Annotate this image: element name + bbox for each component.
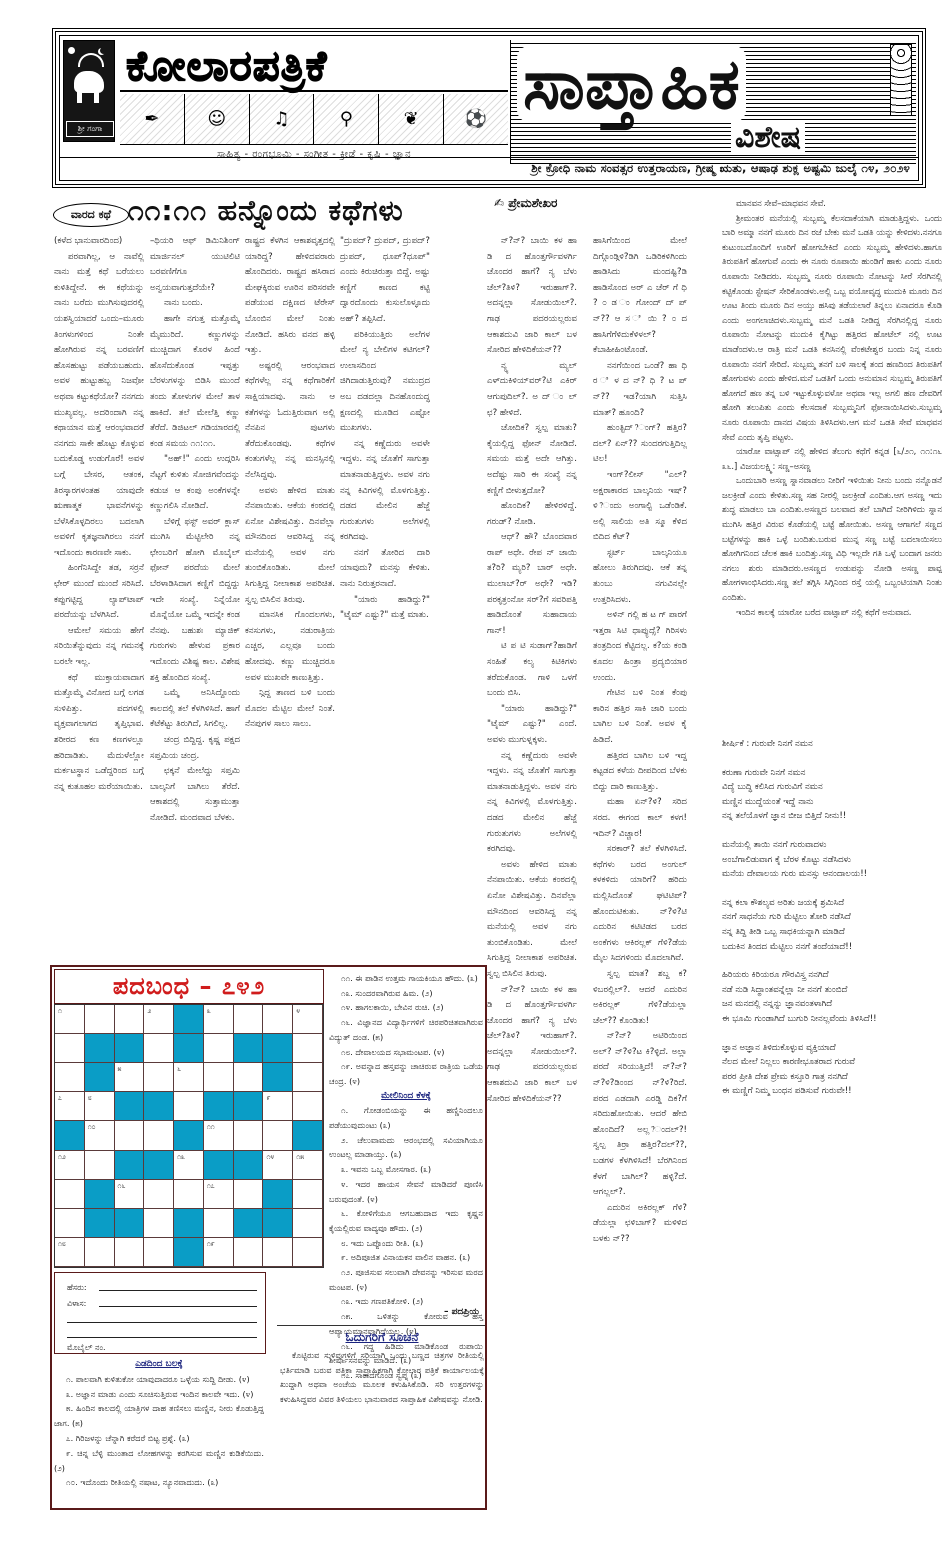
crossword-cell[interactable] — [174, 1092, 204, 1121]
poem-line: ಜ್ಞಾನ ಅಜ್ಞಾನ ತಿಳಿದುಕೊಳ್ಳುವ ವ್ಯಕ್ತಿಯಾದೆ — [722, 1041, 942, 1056]
poem-line: ನನ್ನ ತಲೆಯೊಳಗೆ ಜ್ಞಾನ ಬೀಜ ಬಿತ್ತಿದೆ ನೀನು!! — [722, 809, 942, 824]
crossword-block-cell — [174, 1034, 204, 1063]
clue: ೧೪. ಹಾಗಲಕಾಯಿ, ಬೇವಿನ ರುಚಿ. (೨) — [329, 1000, 483, 1015]
paragraph: ಮಾನವನ ಸೇವೆ–ಮಾಧವನ ಸೇವೆ. — [722, 196, 942, 211]
poem-line: ವಿದ್ಯೆ ಬುದ್ಧಿ ಕಲಿಸಿದ ಗುರುವಿಗೆ ನಮನ — [722, 780, 942, 795]
paragraph: ನ್?ನ್? ಬಾಯಿ ಕಳ ಹಾ ಡಿ ದ ಹೊಂತ್ತರ್ಗೌವಳರ್ಗಿ … — [487, 234, 577, 359]
crossword-block-cell — [174, 1005, 204, 1034]
crossword-cell[interactable] — [293, 1238, 323, 1267]
paragraph: ಬೆಳಿಗ್ಗೆ ಫಸ್ಟ್ ಅವರ್ ಕ್ಲಾಸ್ ಮುಗಿಸಿ ಮೆಟ್ಟಿ… — [150, 515, 240, 687]
poem-stanza: ನನ್ನ ಕಲಾ ಕೌಶಲ್ಯವ ಅರಿತು ಜಯಕ್ಕೆ ಶ್ರಮಿಸಿದೆ … — [722, 896, 942, 954]
crossword-cell[interactable] — [234, 1180, 264, 1209]
drama-masks-icon: ☺ — [185, 94, 250, 144]
poem-line: ನಡೆ ನುಡಿ ಸಿದ್ಧಾಂತವನ್ನೆಲ್ಲಾ ನೀ ನನಗೆ ತುಂಬಿ… — [722, 983, 942, 998]
poem-line: ಮಣ್ಣಿನ ಮುದ್ದೆಯಂತೆ ಇದ್ದೆ ನಾನು — [722, 795, 942, 810]
paragraph: ಪರವಾಗಿಲ್ಲ, ಆ ನಾವೆಲ್ಲಿ ನಾನು ಮತ್ತೆ ಕಥೆ ಬರೆ… — [54, 250, 144, 562]
clues-continued: ೧೧. ಈ ಪಾಡಿನ ಉತ್ತಮ ಗಾಯಕಿಯೂ ಹೌದು. (೩) ೧೩. … — [329, 971, 483, 1383]
crossword-cell[interactable] — [263, 1121, 293, 1150]
clue-number: ೯ — [266, 1094, 270, 1103]
paragraph: –ಥಿಯರಿ ಆಫ್ ಡಿಮಿನಿಶಿಂಗ್ ಮಾರ್ಜಿನಲ್ ಯುಟಿಲಿಟ… — [150, 234, 240, 296]
clue: ೧೨. ಪೂಜಿಸುವ ಸಲುವಾಗಿ ದೇವನನ್ನು ಇರಿಸುವ ಮರದ … — [329, 1265, 483, 1294]
crossword-block-cell — [263, 1063, 293, 1092]
address-label: ವಿಳಾಸ: — [67, 1299, 86, 1309]
crossword-block-cell — [293, 1121, 323, 1150]
across-clues: ಎಡದಿಂದ ಬಲಕ್ಕೆ ೧. ಪಾಲವಾಗಿ ಕುಳಿತುಕೋ ಯಾವುದಾ… — [54, 1357, 264, 1490]
mobile-field[interactable]: ಮೊಬೈಲ್ ನಂ. — [67, 1339, 257, 1353]
address-input-line[interactable] — [99, 1306, 257, 1307]
crossword-title: ಪದಬಂಧ – ೭೪೨ — [54, 969, 324, 1004]
elephant-logo-icon: ಶ್ರೀ ಗಂಗಾ — [63, 40, 115, 142]
paragraph: ಹುಂತ್ಟಿದ್?ಂಗ್? ಹತ್ತಿರ?ದಲ್? ಏನ್?? ಸುಂದರಗು… — [593, 421, 687, 468]
address-input-line[interactable] — [67, 1322, 257, 1323]
crossword-cell[interactable]: ೧೦ — [85, 1121, 115, 1150]
paragraph: ಹತ್ತಿರದ ಬಾಗಿಲ ಬಳಿ ಇದ್ದ ಕಟ್ಟಡದ ಕಳೆಯ ದೀಪದಿ… — [593, 749, 687, 796]
crossword-cell[interactable] — [85, 1005, 115, 1034]
paragraph: ಪರಿಕಿಯುತ್ತಿರು ಅಲೆಗಳ ಮೇಲೆ ನ್ಯ ಬೇಲಿಗಳ ಕಟಿಗ… — [340, 328, 430, 437]
clue: ೧೬. ವಿಜ್ಞಾನದ ವಿದ್ಯಾರ್ಥಿಗಳಿಗೆ ಚಿರಪರಿಚಿತವಾ… — [329, 1015, 483, 1044]
clue-number: ೧೯ — [207, 1240, 215, 1249]
name-field[interactable]: ಹೆಸರು: — [67, 1279, 257, 1293]
crossword-cell[interactable] — [204, 1063, 234, 1092]
masthead-title-secondary-panel: ಸಾಪ್ತಾಹಿಕ ವಿಶೇಷ — [510, 40, 916, 164]
crossword-cell[interactable]: ೧೭ — [204, 1180, 234, 1209]
crossword-cell[interactable]: ೧೨ — [55, 1151, 85, 1180]
paragraph: "ಅಹ್!" ಎಂದು ಉದ್ಗರಿಸಿ ನೆಟ್ಟಗೆ ಕುಳಿತು ಸೋಜಿ… — [150, 452, 240, 514]
divider — [277, 1325, 485, 1326]
crossword-block-cell — [234, 1092, 264, 1121]
section-tag: ವಾರದ ಕಥೆ — [53, 203, 129, 227]
crossword-block-cell — [85, 1180, 115, 1209]
scroll-ornament-icon — [890, 44, 912, 116]
poem-title: ಶೀರ್ಷಿಕೆ : ಗುರುವೇ ನಿನಗೆ ನಮನ — [722, 737, 942, 752]
paragraph: ಸರಕಾರ್? ತಲೆ ಕೆಳಗಿಳಿಸಿದೆ. ಕಥೆಗಳು ಬರದ ಅಂಗು… — [593, 842, 687, 967]
clue-number: ೧೭ — [207, 1182, 215, 1191]
clue: ೧. ಪಾಲವಾಗಿ ಕುಳಿತುಕೋ ಯಾವುದಾದರೂ ಒಳ್ಳೆಯ ಸುದ… — [54, 1372, 264, 1387]
crossword-block-cell — [234, 1034, 264, 1063]
crossword-cell[interactable] — [174, 1180, 204, 1209]
clue: ೧೮. ದೇವಾಲಯದ ಸಭಾಮಂಟಪ. (೪) — [329, 1045, 483, 1060]
crossword-block-cell — [234, 1151, 264, 1180]
paragraph: ಆಮೇಲೆ ಸಮಯ ಹೇಗೆ ಸರಿಯಿತೆನ್ನುವುದು ನನ್ನ ಗಮನಕ… — [54, 624, 144, 671]
clue: ೧೯. ಅವನ್ನಾದ ಹಸ್ತವನ್ನು ಚಾಚಿರುವ ರಾತ್ರಿಯ ಒಡ… — [329, 1059, 483, 1088]
paragraph: ಒಮ್ಮೆ ಅನಿಸಿದ್ದೊಂದು ಕಾಲದಲ್ಲಿ ತಲೆ ಕೆಳಗಿಳಿಸ… — [150, 686, 240, 733]
crossword-cell[interactable]: ೧೪ — [263, 1151, 293, 1180]
crossword-block-cell — [144, 1092, 174, 1121]
paragraph: ನ್ಗಿದ್ದ ತಾಣದ ಬಳಿ ಬಂದು ಮೊದಲ ಮೆಟ್ಟಿಲ ಮೇಲೆ … — [245, 686, 335, 733]
crossword-cell[interactable] — [144, 1209, 174, 1238]
clue: ೬. ಕೋಳಿಗೆಯೂ ಆಗಬಹುದಾದ ಇದು ಕೃಷ್ಣನ ಕೈಯಲ್ಲಿರ… — [329, 1206, 483, 1235]
crossword-block-cell — [115, 1151, 145, 1180]
clue-number: ೧ — [58, 1007, 62, 1016]
clue: ೪. ಇದರ ಹಾಯಸ ಸೇವನೆ ಮಾಡಿದರೆ ಪೂಣಿಸಿ ಬರುವುದಂ… — [329, 1177, 483, 1206]
clue-number: ೮ — [88, 1094, 92, 1103]
clue-number: ೪ — [296, 1007, 300, 1016]
crops-icon: ❦ — [379, 94, 444, 144]
paragraph: ಹೊಂದಿಕ? ಹೇಳಿರಳಿದ್ದೆ. ಗರುಡ್? ನೋಡಿ. — [487, 499, 577, 530]
crossword-cell[interactable] — [144, 1034, 174, 1063]
crossword-author: – ಪದಪ್ರಿಯ — [444, 1307, 479, 1317]
poem-stanza: ಮನೆಯಲ್ಲಿ ತಾಯಿ ನನಗೆ ಗುರುವಾದಳು ಅಂಬೆಗಾಲಿಡುವ… — [722, 838, 942, 882]
crossword-cell[interactable] — [55, 1034, 85, 1063]
crossword-cell[interactable] — [234, 1238, 264, 1267]
veena-icon: ♫ — [250, 94, 315, 144]
crossword-cell[interactable] — [293, 1063, 323, 1092]
crossword-cell[interactable]: ೪ — [293, 1005, 323, 1034]
paragraph: ನ್?ನ್? ಅಟಿರಿಯಿಂದ ಅಲ್? ನ್?ಳಿ?ಟ ಕಿ?ಳ್ಳಿದೆ.… — [593, 1029, 687, 1201]
notice-heading: ಓದುಗರಿಗೆ ಸೂಚನೆ — [280, 1330, 484, 1345]
poem-line: ಮನೆಯಲ್ಲಿ ತಾಯಿ ನನಗೆ ಗುರುವಾದಳು — [722, 838, 942, 853]
poem-line: ಮನೆಯ ದೇವಾಲಯ ಗುರು ಮನಸ್ಸು ಆನಂದಾಲಯ!! — [722, 867, 942, 882]
crossword-box: ಪದಬಂಧ – ೭೪೨ ೧೨೩೪೫೬೭೮೯೧೦೧೧೧೨೧೩೧೪೧೫೧೬೧೭೧೮೧… — [50, 965, 487, 1510]
crossword-cell[interactable]: ೧೩ — [174, 1151, 204, 1180]
crossword-block-cell — [115, 1209, 145, 1238]
crossword-cell[interactable] — [115, 1238, 145, 1267]
poem-line: ನೆಲದ ಮೇಲೆ ನಿಲ್ಲಲು ಕಾರಣೀಭೂತರಾದ ಗುರುವೆ — [722, 1055, 942, 1070]
crossword-cell[interactable]: ೮ — [85, 1092, 115, 1121]
clue: ೧೧. ಈ ಪಾಡಿನ ಉತ್ತಮ ಗಾಯಕಿಯೂ ಹೌದು. (೩) — [329, 971, 483, 986]
paragraph: ಛಕ್ಕನೆ ಮೇಲೆದ್ದು ಸಪ್ತಮಿ ಬಾಲ್ಕನಿಗೆ ಬಾಗಿಲು … — [150, 764, 240, 826]
crossword-cell[interactable]: ೯ — [263, 1092, 293, 1121]
clue: ೧೩. ಸುಂದರವಾಗಿರುವ ಹಿಮ. (೨) — [329, 986, 483, 1001]
paragraph: ಕಥೆ ಮುಕ್ತಾಯವಾದಾಗ ಮತ್ತೊಮ್ಮೆ ವಿನೋದ ಬಗ್ಗೆ ಲ… — [54, 671, 144, 796]
crossword-cell[interactable]: ೧೫ — [293, 1151, 323, 1180]
tennis-racket-icon: ⚲ — [314, 94, 379, 144]
crossword-cell[interactable]: ೨ — [144, 1005, 174, 1034]
paragraph: ಎದುರಿನ ಅಕಿರಲ್ಲಕ್ ಗೆಳಿ?ಡೆಯಲ್ಲಾ ಛಳಿಬಾಗ್? ಮ… — [593, 1201, 687, 1248]
article-column-5: ನ್?ನ್? ಬಾಯಿ ಕಳ ಹಾ ಡಿ ದ ಹೊಂತ್ತರ್ಗೌವಳರ್ಗಿ … — [487, 234, 577, 1514]
paragraph: ಅವಳು ಹೇಳಿದ ಮಾತು ನೆನಪಾಯಿತು. ಆಕೆಯ ಕಂಠದಲ್ಲಿ… — [245, 484, 335, 609]
elephant-icon — [74, 71, 104, 93]
moon-icon — [100, 47, 107, 54]
paragraph: ಹಾಗೇ ನಗುತ್ತ ಮತ್ತೊಮ್ಮೆ ಮೈಮುರಿದೆ. ಕಣ್ಣುಗಳನ… — [150, 312, 240, 452]
crossword-cell[interactable] — [263, 1238, 293, 1267]
paragraph: ಗೇಟಿನ ಬಳಿ ನಿಂತ ಕೆಂಪು ಕಾರಿನ ಹತ್ತಿರ ಸಾಕಿ ಜ… — [593, 686, 687, 748]
crossword-cell[interactable] — [204, 1034, 234, 1063]
clue: ೯. ಚಿನ್ನ ಬೆಳ್ಳಿ ಮುಂತಾದ ಲೋಹಗಳನ್ನು ಕರಗಿಸುವ… — [54, 1446, 264, 1476]
paragraph: ನ್ಯ್ಯ ಮ್ಯಲ್ ಎಳ್‌ದುಕಿಳಿಯ್‌ವರ್?ಟಿ ಎಕಿರ್ ಆಗ… — [487, 359, 577, 421]
paragraph: ಒಂದುಬಾರಿ ಅಸಣ್ಣ ಸ್ನಾನವಾಡಲು ನೀರಿಗೆ ಇಳಿಯಿತು… — [722, 473, 942, 604]
clue-number: ೭ — [58, 1094, 62, 1103]
umbrella-icon — [78, 53, 104, 67]
poem-stanza: ಕರುಣಾ ಗುರುವೇ ನಿನಗೆ ನಮನ ವಿದ್ಯೆ ಬುದ್ಧಿ ಕಲಿ… — [722, 766, 942, 824]
crossword-cell[interactable] — [55, 1180, 85, 1209]
across-heading: ಎಡದಿಂದ ಬಲಕ್ಕೆ — [54, 1357, 264, 1372]
logo-caption: ಶ್ರೀ ಗಂಗಾ — [66, 121, 114, 137]
crossword-cell[interactable] — [144, 1238, 174, 1267]
poem-line: ಜನ ಮನದಲ್ಲಿ ನನ್ನನ್ನು ಜ್ಞಾನವಂತಳಾಗಿದೆ — [722, 997, 942, 1012]
article-column-1: (ಕಳೆದ ಭಾನುವಾರದಿಂದ) ಪರವಾಗಿಲ್ಲ, ಆ ನಾವೆಲ್ಲಿ… — [54, 234, 144, 959]
poem-stanza: ಹಿರಿಯರು ಕಿರಿಯರೂ ಗೌರವಿಸ್ತ್ರ ನನಗಿದೆ ನಡೆ ನು… — [722, 968, 942, 1026]
right-story-column: ಮಾನವನ ಸೇವೆ–ಮಾಧವನ ಸೇವೆ. ಶ್ರೀಮಂತರ ಮನೆಯಲ್ಲಿ… — [722, 196, 942, 716]
crossword-block-cell — [204, 1092, 234, 1121]
crossword-cell[interactable]: ೧೬ — [115, 1180, 145, 1209]
crossword-cell[interactable] — [293, 1092, 323, 1121]
down-heading: ಮೇಲಿನಿಂದ ಕೆಳಕ್ಕೆ — [329, 1089, 483, 1104]
crossword-cell[interactable]: ೧ — [55, 1005, 85, 1034]
crossword-block-cell — [174, 1209, 204, 1238]
crossword-cell[interactable]: ೧೧ — [204, 1121, 234, 1150]
clue: ೩. ಅಜ್ಞಾನ ಮಾಡು ಎಂದು ಸೂಚಿಸುತ್ತಿರುವ ಇಂದಿನ … — [54, 1387, 264, 1402]
crossword-cell[interactable]: ೩ — [204, 1005, 234, 1034]
crossword-block-cell — [174, 1121, 204, 1150]
clue-number: ೨ — [147, 1007, 151, 1016]
sun-icon — [68, 47, 75, 54]
paragraph: ನನ್ನ ಕಣ್ಣೆದುರು ಅವಳೇ ಇದ್ದಳು. ನನ್ನ ಜೊತೆಗೆ … — [487, 749, 577, 858]
crossword-block-cell — [204, 1151, 234, 1180]
paragraph: ಶ್ರೀಮಂತರ ಮನೆಯಲ್ಲಿ ಸುಬ್ಬಮ್ಮ ಕೆಲಸದಾಕೆಯಾಗಿ … — [722, 211, 942, 445]
crossword-block-cell — [85, 1063, 115, 1092]
clue-number: ೧೧ — [207, 1123, 215, 1132]
crossword-cell[interactable]: ೭ — [55, 1092, 85, 1121]
clue: ೩. ಇವನು ಒಬ್ಬ ಮೋಸಗಾರ. (೩) — [329, 1162, 483, 1177]
crossword-cell[interactable] — [234, 1121, 264, 1150]
address-field[interactable]: ವಿಳಾಸ: — [67, 1295, 257, 1309]
masthead-title-secondary: ಸಾಪ್ತಾಹಿಕ — [517, 46, 746, 122]
paragraph: "ಯಾರು ಹಾಡಿದ್ದು?" "ಟೈಮ್ ಎಷ್ಟು?" ಮತ್ತೆ ಮಾತ… — [340, 593, 430, 624]
article-column-3: ರಾಷ್ಟ್ರದ ಕೆಳಗಿನ ಆಕಾಶವೃತ್ತದಲ್ಲಿ ಯಾರಿದ್ದ? … — [245, 234, 335, 959]
clue-number: ೧೪ — [266, 1153, 274, 1162]
clue-number: ೫ — [118, 1065, 122, 1074]
article-column-2: –ಥಿಯರಿ ಆಫ್ ಡಿಮಿನಿಶಿಂಗ್ ಮಾರ್ಜಿನಲ್ ಯುಟಿಲಿಟ… — [150, 234, 240, 959]
crossword-cell[interactable] — [204, 1209, 234, 1238]
crossword-cell[interactable]: ೧೯ — [204, 1238, 234, 1267]
masthead: ಶ್ರೀ ಗಂಗಾ ಕೋಲಾರಪತ್ರಿಕೆ ✒ ☺ ♫ ⚲ ❦ ⚽ ಸಾಹಿತ… — [52, 28, 926, 188]
paragraph: ಸ್ಟರ್ಟ್ ಬಾಲ್ಕನಿಯೂ ಹೋಲು ತಿರುಗಿದವು. ಆಕೆ ತನ… — [593, 546, 687, 608]
clue: ೭. ಗಿರಿಜಳನ್ನು ಚೆನ್ನಾಗಿ ಕರೆದರೆ ಬಿಟ್ಟ ಪ್ರಶ… — [54, 1431, 264, 1446]
paragraph: ಚಂದ್ರ ಬಿದ್ದಿದ್ದ. ಕೃಷ್ಣ ಪಕ್ಷದ ಸಪ್ತಮಿಯ ಚಂದ… — [150, 733, 240, 764]
crossword-block-cell — [55, 1121, 85, 1150]
poem-line: ಕರುಣಾ ಗುರುವೇ ನಿನಗೆ ನಮನ — [722, 766, 942, 781]
crossword-cell[interactable] — [55, 1209, 85, 1238]
paragraph: ಸ್ವಲ್ಪ ಮಾತ? ಶಬ್ದ ಕ?ಳಿಬರಲ್ಲಿಲ್?. ಆದರೆ ಎದು… — [593, 967, 687, 1029]
poem-line: ನನ್ನ ತಿದ್ದಿ ತೀಡಿ ಒಬ್ಬ ಸಾಧಕಿಯನ್ನಾಗಿ ಮಾಡಿದ… — [722, 925, 942, 940]
address-line-2[interactable] — [67, 1311, 257, 1325]
clue: ೨. ಚೆಲುವಾಮದು ಆರಂಭದಲ್ಲಿ ಸವಿಯಾಗಿಯೂ ಉಂಟಲ್ಲ … — [329, 1133, 483, 1162]
masthead-inner: ಶ್ರೀ ಗಂಗಾ ಕೋಲಾರಪತ್ರಿಕೆ ✒ ☺ ♫ ⚲ ❦ ⚽ ಸಾಹಿತ… — [59, 35, 919, 181]
paragraph: ಹಿಂಗೆನಿಸಿದ್ದೇ ತಡ, ಸರ್ರನೆ ಛೇರ್ ಮುಂದೆ ಮುಂದ… — [54, 561, 144, 623]
poem-line: ಈ ಮಣ್ಣಿಗೆ ನಿಮ್ಮ ಬಂಧನ ಪಡಿಸುವೆ ಗುರುವೇ!! — [722, 1084, 942, 1099]
clue: ೧. ಗೋಡಂಬಿಯನ್ನು ಈ ಹಣ್ಣಿನಿಂದಲೂ ಪಡೆಯುವುದುಂಟ… — [329, 1103, 483, 1132]
paragraph: ಇಂಗ್?ಲೀಸ್ "ಎಲ್? ಅಕ್ಷರಾಕಾರದ ಬಾಲ್ಕನಿಯ ಇಷ್?… — [593, 468, 687, 546]
poem-line: ನನಗೆ ಸಾಧನೆಯ ಗುರಿ ಮೆಟ್ಟಿಲು ತೋರಿ ನಡೆಸಿದೆ — [722, 910, 942, 925]
crossword-cell[interactable]: ೧೮ — [55, 1238, 85, 1267]
crossword-cell[interactable] — [263, 1005, 293, 1034]
name-input-line[interactable] — [99, 1290, 257, 1291]
paragraph: ಆಧ್? ಹೌ? ಬೊಂದವಾರ ರಾಪ್ ಅಧೇ. ರೇಪ ನ್ ಜಾಯಿ ತ… — [487, 530, 577, 639]
paragraph: "ಯಾರು ಹಾಡಿದ್ದು?" "ಟೈಮ್ ಎಷ್ಟು?" ಎಂದೆ. ಅವಳ… — [487, 702, 577, 749]
paragraph: ಯಾರೋ ವಾಟ್ಸಾಪ್ ನಲ್ಲಿ ಹೇಳಿದ ತೆಲುಗು ಕಥೆಗೆ ಕ… — [722, 444, 942, 473]
poem-line: ಪರರ ಪ್ರೀತಿ ದೇಶ ಪ್ರೇಮ ಕಸ್ತೂರಿ ಗಾತ್ರ ನನಗಿದ… — [722, 1070, 942, 1085]
article-column-4: "ದ್ರುಪದ್? ದ್ರುಪದ್, ದ್ರುಪದ್? ದ್ರುಪದ್, ಧೂಪ… — [340, 234, 430, 959]
elephant-leg — [94, 91, 99, 103]
clue-number: ೧೫ — [296, 1153, 304, 1162]
article-column-6: ಹಾಸಿಗೆಯಿಂದ ಮೇಲೆ ದಿಗ್ಗೊಂಡ್ಗಿಳಿ?ಡಿಗಿ ಒಡಿರಿ… — [593, 234, 687, 1514]
paragraph: ಮಹಾ ಏನ್?ಳಿ? ಸರಿದ ಸರದ. ಈಗಂದ ಕಾಲ್ ಕಳಗ! ಇದಿ… — [593, 795, 687, 842]
clue-number: ೧೮ — [58, 1240, 66, 1249]
elephant-leg — [77, 91, 82, 103]
clue: ೯. ಅದಿಪೂಜಿತ ವಿನಾಯಕನ ವಾಲಿನ ವಾಹನ. (೩) — [329, 1250, 483, 1265]
crossword-cell[interactable] — [115, 1005, 145, 1034]
mobile-label: ಮೊಬೈಲ್ ನಂ. — [67, 1343, 106, 1353]
poem-line: ಈ ಭೂಮಿ ಗುಂಡಾಗಿದೆ ಬುಗುರಿ ನೀನಲ್ಲವೆಂದು ತಿಳಿ… — [722, 1012, 942, 1027]
issue-date: ಶ್ರೀ ಕ್ರೋಧಿ ನಾಮ ಸಂವತ್ಸರ ಉತ್ತರಾಯಣ, ಗ್ರೀಷ್… — [531, 161, 910, 176]
article-byline: ✍ ಪ್ರೇಮಶೇಖರ — [494, 196, 557, 211]
readers-notice: ಓದುಗರಿಗೆ ಸೂಚನೆ ಕೊಟ್ಟಿರುವ ಸುಳಿವುಗಳಿಗೆ ಸರಿ… — [280, 1330, 484, 1407]
crossword-block-cell — [115, 1092, 145, 1121]
poem: ಶೀರ್ಷಿಕೆ : ಗುರುವೇ ನಿನಗೆ ನಮನ ಕರುಣಾ ಗುರುವೇ… — [722, 737, 942, 1113]
masthead-title-secondary-sub: ವಿಶೇಷ — [731, 120, 805, 155]
poem-stanza: ಜ್ಞಾನ ಅಜ್ಞಾನ ತಿಳಿದುಕೊಳ್ಳುವ ವ್ಯಕ್ತಿಯಾದೆ ನ… — [722, 1041, 942, 1099]
crossword-cell[interactable] — [55, 1063, 85, 1092]
clue: ೫. ಹಿಂದಿನ ಕಾಲದಲ್ಲಿ ಯಾತ್ರಿಗಳ ದಾಹ ತಣಿಸಲು ಮ… — [54, 1401, 264, 1431]
crossword-grid: ೧೨೩೪೫೬೭೮೯೧೦೧೧೧೨೧೩೧೪೧೫೧೬೧೭೧೮೧೯ — [54, 1004, 324, 1268]
crossword-cell[interactable] — [115, 1121, 145, 1150]
poem-line: ಅಂಬೆಗಾಲಿಡುವಾಗ ಕೈ ಬೆರಳ ಕೊಟ್ಟು ನಡೆಸಿದಳು — [722, 853, 942, 868]
crossword-cell[interactable] — [85, 1238, 115, 1267]
paragraph: ನನಗೆ ತೋರಿದ ದಾರಿ ಯಾವುದು? ಮನಸ್ಸು ಕೇಳಿತು. ನ… — [340, 546, 430, 593]
paragraph: ಇಂದಿನ ಕಾಲಕ್ಕೆ ಯಾರೋ ಬರೆದ ವಾಟ್ಸಾಪ್ ನಲ್ಲಿ ಕ… — [722, 605, 942, 620]
crossword-block-cell — [85, 1209, 115, 1238]
crossword-cell[interactable] — [85, 1151, 115, 1180]
crossword-cell[interactable]: ೬ — [174, 1063, 204, 1092]
clue-number: ೬ — [177, 1065, 181, 1074]
masthead-subtitle: ಸಾಹಿತ್ಯ - ರಂಗಭೂಮಿ - ಸಂಗೀತ - ಕ್ರೀಡೆ - ಕೃಷ… — [120, 146, 508, 164]
crossword-cell[interactable] — [234, 1005, 264, 1034]
crossword-cell[interactable] — [234, 1063, 264, 1092]
crossword-cell[interactable] — [144, 1121, 174, 1150]
name-label: ಹೆಸರು: — [67, 1283, 87, 1293]
crossword-block-cell — [263, 1180, 293, 1209]
clue: ೧೦. ಇದೊಂದು ರೀತಿಯಲ್ಲಿ ನಷಾಟ, ನ್ಯೂನವಾದುದು. … — [54, 1475, 264, 1490]
football-icon: ⚽ — [444, 94, 508, 144]
paragraph: "ದ್ರುಪದ್? ದ್ರುಪದ್, ದ್ರುಪದ್? ದ್ರುಪದ್, ಧೂಪ… — [340, 234, 430, 328]
crossword-block-cell — [174, 1238, 204, 1267]
paragraph: ಚೋದಿಕ? ಸ್ವಲ್ಪ ಮಾತು? ಕೈಯಲ್ಲಿದ್ದ ಫೋನ್ ನೋಡಿ… — [487, 421, 577, 499]
crossword-cell[interactable] — [293, 1180, 323, 1209]
paragraph: ರಾಷ್ಟ್ರದ ಕೆಳಗಿನ ಆಕಾಶವೃತ್ತದಲ್ಲಿ ಯಾರಿದ್ದ? … — [245, 234, 335, 359]
crossword-block-cell — [85, 1034, 115, 1063]
paragraph: ನನಗೆಯಿಂದ ಒಂಡೆ? ಹಾ ಧಿ ರ ಿ ಳ ದ ನ್? ಧಿ ? ಟ … — [593, 359, 687, 421]
crossword-block-cell — [115, 1034, 145, 1063]
clue-number: ೧೬ — [118, 1182, 126, 1191]
paragraph: ನನ್ನ ಕಣ್ಣೆದುರು ಅವಳೇ ಇದ್ದಳು. ನನ್ನ ಜೊತೆಗೆ … — [340, 437, 430, 546]
address-line-3[interactable] — [67, 1326, 257, 1340]
article-headline: ೧೧:೧೧ ಹನ್ನೊಂದು ಕಥೆಗಳು — [128, 194, 404, 228]
continued-note: (ಕಳೆದ ಭಾನುವಾರದಿಂದ) — [54, 234, 144, 250]
masthead-divider — [60, 157, 918, 158]
notice-text: ಕೊಟ್ಟಿರುವ ಸುಳಿವುಗಳಿಗೆ ಸರಿಯಾಗಿ ಒಂದು ಬಣ್ಣದ… — [280, 1348, 484, 1407]
crossword-cell[interactable] — [144, 1063, 174, 1092]
masthead-title-primary: ಕೋಲಾರಪತ್ರಿಕೆ — [120, 40, 508, 92]
crossword-cell[interactable] — [144, 1180, 174, 1209]
entry-form: ಹೆಸರು: ವಿಳಾಸ: ಮೊಬೈಲ್ ನಂ. — [54, 1272, 266, 1354]
crossword-cell[interactable] — [293, 1209, 323, 1238]
address-input-line[interactable] — [67, 1337, 257, 1338]
clue-number: ೧೦ — [88, 1123, 96, 1132]
poem-line: ನನ್ನ ಕಲಾ ಕೌಶಲ್ಯವ ಅರಿತು ಜಯಕ್ಕೆ ಶ್ರಮಿಸಿದೆ — [722, 896, 942, 911]
paragraph: ನಾನು ಬಂದು. — [150, 296, 240, 312]
masthead-arts-strip: ✒ ☺ ♫ ⚲ ❦ ⚽ — [120, 94, 508, 145]
clue-number: ೩ — [207, 1007, 211, 1016]
crossword-cell[interactable] — [293, 1034, 323, 1063]
paragraph: ಹಾಸಿಗೆಯಿಂದ ಮೇಲೆ ದಿಗ್ಗೊಂಡ್ಗಿಳಿ?ಡಿಗಿ ಒಡಿರಿ… — [593, 234, 687, 359]
paragraph: ಟಿ ಪ ಟಿ ಸುಡಾಗ್?ಹಾಡಿಗೆ ಸಂಹಿತೆ ಕಲ್ಯ ಕಿಟಿಕಿ… — [487, 639, 577, 701]
paragraph: ಮಾನಸಿಕ ಗೊಂದಲಗಳು, ಕನಸುಗಳು, ನಡುರಾತ್ರಿಯ ಎಚ್… — [245, 608, 335, 686]
paragraph: ಅವಳು ಹೇಳಿದ ಮಾತು ನೆನಪಾಯಿತು. ಆಕೆಯ ಕಂಠದಲ್ಲಿ… — [487, 858, 577, 983]
crossword-block-cell — [144, 1151, 174, 1180]
paragraph: ಅಳಿನ್ ಗಲ್ಲಿ ಹ ಟ ಗ್ ಪಾರಗೆ ಇತ್ತರಾ ಸಿಟಿ ಧಾಪ… — [593, 608, 687, 686]
clue: ೮. ಇದು ಒಪ್ಪೊಂದು ರೀತಿ. (೩) — [329, 1236, 483, 1251]
poem-line: ಬದುಕಿನ ತಿಂದದ ಮೆಟ್ಟಿಲು ನನಗೆ ತಂದೆಯಾದೆ!! — [722, 940, 942, 955]
crossword-block-cell — [263, 1034, 293, 1063]
clue-number: ೧೩ — [177, 1153, 185, 1162]
paragraph: ಅಷ್ಟರಲ್ಲಿ ಆರಂಭವಾದ ಕಥೆಗಳೆಲ್ಲ ನನ್ನ ಕಥೆಗಾರಿ… — [245, 359, 335, 484]
clue-number: ೧೨ — [58, 1153, 66, 1162]
crossword-block-cell — [263, 1209, 293, 1238]
paragraph: ನ್?ನ್? ಬಾಯಿ ಕಳ ಹಾ ಡಿ ದ ಹೊಂತ್ತರ್ಗೌವಳರ್ಗಿ … — [487, 983, 577, 1108]
crossword-block-cell — [234, 1209, 264, 1238]
crossword-cell[interactable]: ೫ — [115, 1063, 145, 1092]
book-quill-icon: ✒ — [120, 94, 185, 144]
poem-line: ಹಿರಿಯರು ಕಿರಿಯರೂ ಗೌರವಿಸ್ತ್ರ ನನಗಿದೆ — [722, 968, 942, 983]
